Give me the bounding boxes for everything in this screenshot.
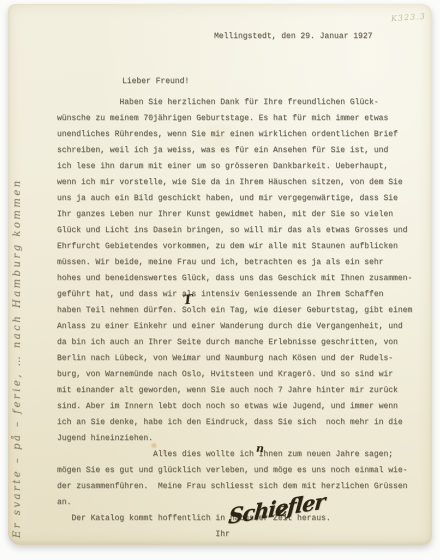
typed-line: Glück und Licht ins Dasein bringen, so w… bbox=[57, 223, 412, 239]
typed-line: uns ja auch ein Bild geschickt haben, un… bbox=[57, 191, 412, 207]
typed-line: Ihr bbox=[57, 527, 412, 543]
typed-line: sind. Aber im Innern lebt doch noch so e… bbox=[57, 399, 412, 415]
typed-line: ich an Sie denke, habe ich den Eindruck,… bbox=[57, 415, 412, 431]
salutation: Lieber Freund! bbox=[122, 74, 189, 90]
dateline: Mellingstedt, den 29. Januar 1927 bbox=[214, 29, 372, 45]
typed-line: Jugend hineinziehen. bbox=[57, 431, 412, 447]
typed-line: müssen. Wir beide, meine Frau und ich, b… bbox=[57, 255, 412, 271]
handwritten-correction-neuen: n bbox=[256, 442, 265, 455]
typed-line: unendliches Rührendes, wenn Sie mir eine… bbox=[57, 127, 412, 143]
typed-line: mögen Sie es gut und glücklich verleben,… bbox=[57, 463, 412, 479]
typed-line: schreiben, weil ich ja weiss, was es für… bbox=[57, 143, 412, 159]
typed-line: wenn ich mir vorstelle, wie Sie da in Ih… bbox=[57, 175, 412, 191]
typed-line: Haben Sie herzlichen Dank für Ihre freun… bbox=[57, 95, 412, 111]
typed-line: haben Teil nehmen dürfen. Solch ein Tag,… bbox=[57, 303, 412, 319]
handwritten-correction-tag: T bbox=[182, 293, 193, 309]
typed-line: da bin ich auch an Ihrer Seite durch man… bbox=[57, 335, 412, 351]
typed-line: Ehrfurcht Gebietendes vorkommen, zu dem … bbox=[57, 239, 412, 255]
typed-line: burg, von Warnemünde nach Oslo, Hvitstee… bbox=[57, 367, 412, 383]
typed-line: mit einander alt geworden, wenn Sie auch… bbox=[57, 383, 412, 399]
typed-line: hohes und beneidenswertes Glück, dass un… bbox=[57, 271, 412, 287]
typed-line: ich lese ihn darum mit einer um so gröss… bbox=[57, 159, 412, 175]
typed-line: Berlin nach Lübeck, von Weimar und Naumb… bbox=[57, 351, 412, 367]
typed-line: der zusammenführen. Meine Frau schliesst… bbox=[57, 479, 412, 495]
typed-line: geführt hat, und dass wir als intensiv G… bbox=[57, 287, 412, 303]
typed-line: Ihr ganzes Leben nur Ihrer Kunst gewidme… bbox=[57, 207, 412, 223]
typed-line: Alles dies wollte ich Ihnen zum neuen Ja… bbox=[57, 447, 412, 463]
typed-line: Anlass zu einer Einkehr und einer Wander… bbox=[57, 319, 412, 335]
margin-annotation-handwritten: Er svarte – på – ferie, … nach Hamburg k… bbox=[12, 68, 34, 538]
typed-line: wünsche zu meinem 70jährigen Geburtstage… bbox=[57, 111, 412, 127]
letter-body: Haben Sie herzlichen Dank für Ihre freun… bbox=[57, 95, 412, 543]
